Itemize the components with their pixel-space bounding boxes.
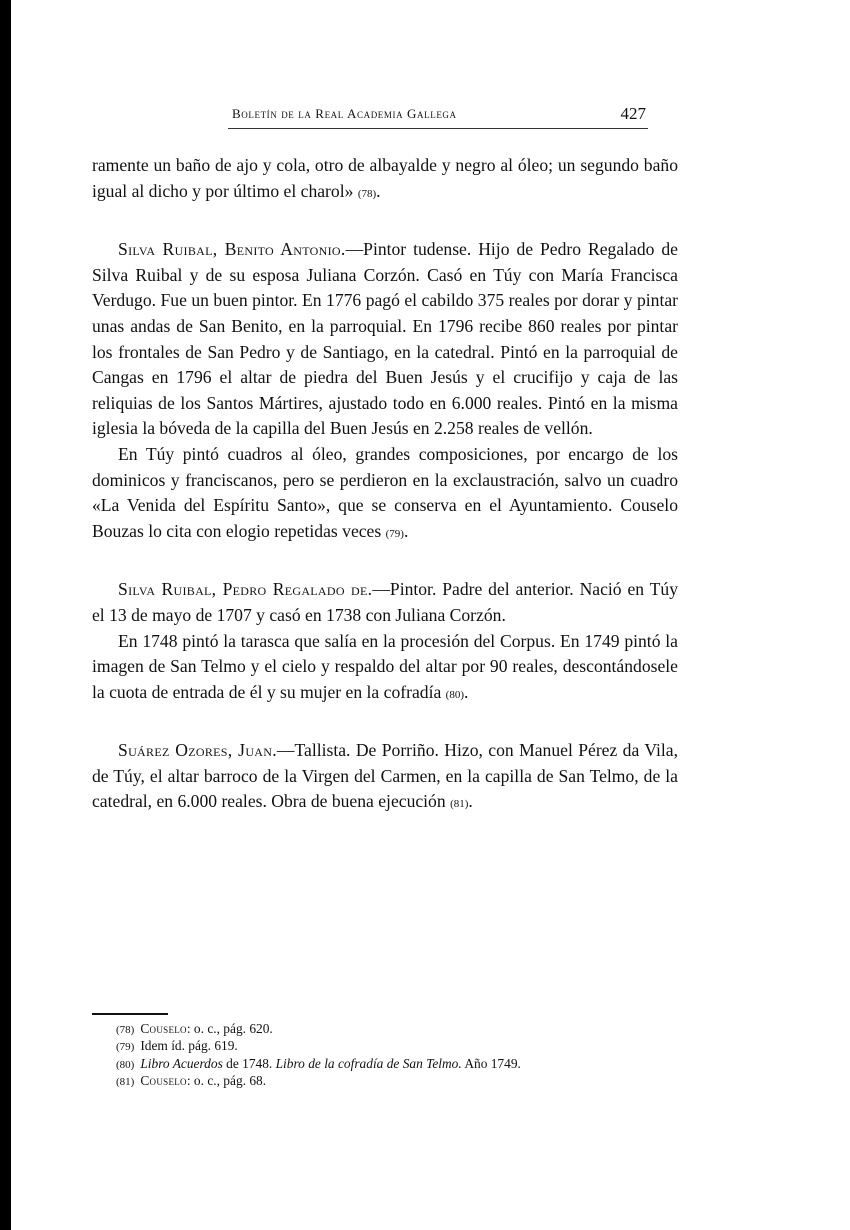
running-title: Boletín de la Real Academia Gallega xyxy=(232,106,457,122)
page-header: Boletín de la Real Academia Gallega 427 xyxy=(228,104,648,128)
footnote-ref-78[interactable]: (78) xyxy=(358,188,376,200)
entry-suarez-ozores: Suárez Ozores, Juan.—Tallista. De Porriñ… xyxy=(92,738,678,818)
entry-heading: Silva Ruibal, Pedro Regalado de. xyxy=(118,579,372,599)
footnote-78: (78)Couselo: o. c., pág. 620. xyxy=(92,1021,678,1039)
footnote-ref-81[interactable]: (81) xyxy=(450,798,468,810)
footnote-80: (80)Libro Acuerdos de 1748. Libro de la … xyxy=(92,1056,678,1074)
footnote-81: (81)Couselo: o. c., pág. 68. xyxy=(92,1073,678,1091)
entry-paragraph: En Túy pintó cuadros al óleo, grandes co… xyxy=(92,442,678,547)
footnote-ref-79[interactable]: (79) xyxy=(386,528,404,540)
header-rule xyxy=(228,128,648,129)
footnote-rule xyxy=(92,1013,168,1015)
entry-heading: Silva Ruibal, Benito Antonio. xyxy=(118,239,346,259)
page-number: 427 xyxy=(621,104,647,124)
body-text: ramente un baño de ajo y cola, otro de a… xyxy=(92,153,678,818)
scan-edge-border xyxy=(0,0,11,1230)
footnotes: (78)Couselo: o. c., pág. 620. (79)Idem í… xyxy=(92,1013,678,1091)
entry-silva-ruibal-pedro: Silva Ruibal, Pedro Regalado de.—Pintor.… xyxy=(92,577,678,628)
entry-silva-ruibal-benito: Silva Ruibal, Benito Antonio.—Pintor tud… xyxy=(92,237,678,442)
entry-paragraph: En 1748 pintó la tarasca que salía en la… xyxy=(92,629,678,709)
footnote-ref-80[interactable]: (80) xyxy=(446,689,464,701)
entry-heading: Suárez Ozores, Juan. xyxy=(118,740,277,760)
continued-paragraph: ramente un baño de ajo y cola, otro de a… xyxy=(92,153,678,207)
footnote-79: (79)Idem íd. pág. 619. xyxy=(92,1038,678,1056)
